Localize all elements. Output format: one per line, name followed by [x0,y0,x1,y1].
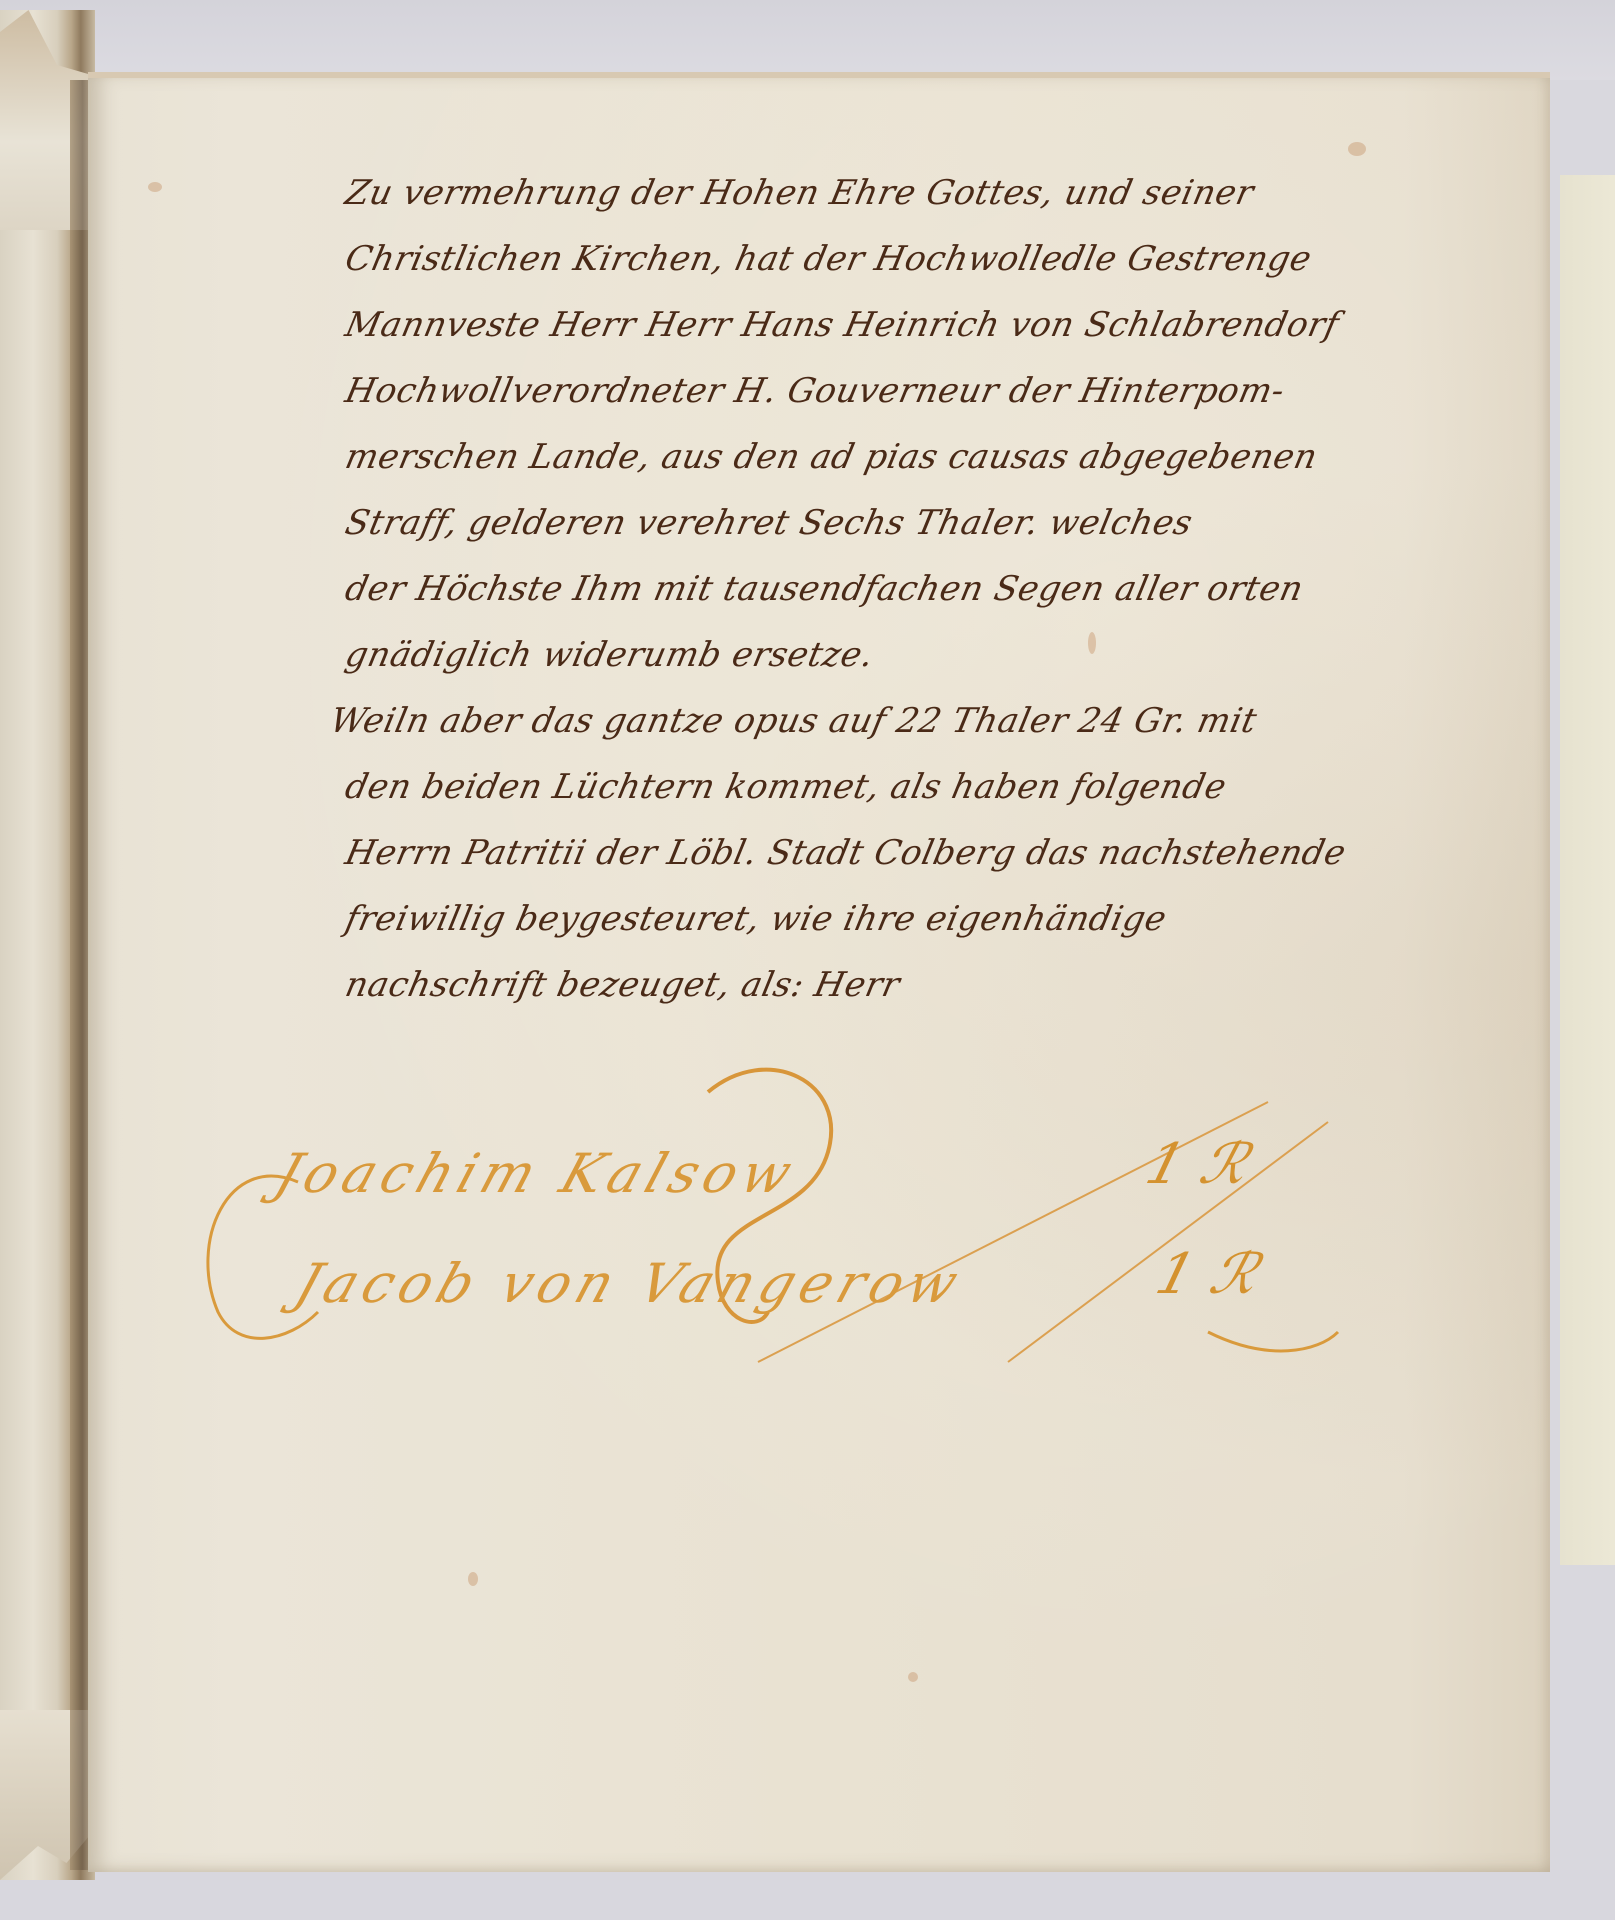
text-line: Hochwollverordneter H. Gouverneur der Hi… [339,358,1463,424]
text-line: Zu vermehrung der Hohen Ehre Gottes, und… [339,160,1463,226]
signature-jacob-von-vangerow: Jacob von Vangerow [288,1252,972,1315]
text-line: Straff, gelderen verehret Sechs Thaler. … [339,490,1463,556]
text-line: den beiden Lüchtern kommet, als haben fo… [339,754,1463,820]
photo-backdrop-top [0,0,1615,80]
signatures-block: Joachim Kalsow 1 ℛ Jacob von Vangerow 1 … [148,1062,1398,1382]
text-line: der Höchste Ihm mit tausendfachen Segen … [339,556,1463,622]
text-line: Herrn Patritii der Löbl. Stadt Colberg d… [339,820,1463,886]
text-line: Christlichen Kirchen, hat der Hochwolled… [339,226,1463,292]
text-line: Mannveste Herr Herr Hans Heinrich von Sc… [339,292,1463,358]
foxing-spot [1348,142,1366,156]
signature-joachim-kalsow: Joachim Kalsow [268,1142,806,1205]
foxing-spot [148,182,162,192]
text-line: nachschrift bezeuget, als: Herr [339,952,1463,1018]
text-line: gnädiglich widerumb ersetze. [339,622,1463,688]
page-top-edge [88,72,1550,78]
handwritten-text-block: Zu vermehrung der Hohen Ehre Gottes, und… [346,160,1456,1018]
text-line: freiwillig beygesteuret, wie ihre eigenh… [339,886,1463,952]
signature-flourishes [148,1062,1398,1382]
text-line: merschen Lande, aus den ad pias causas a… [339,424,1463,490]
foxing-spot [908,1672,918,1682]
text-line: Weiln aber das gantze opus auf 22 Thaler… [324,688,1463,754]
photo-backdrop-bottom [0,1870,1615,1920]
adjacent-leaf-edge [1560,175,1615,1565]
signature-amount: 1 ℛ [1149,1242,1265,1307]
manuscript-page: Zu vermehrung der Hohen Ehre Gottes, und… [88,72,1550,1872]
signature-amount: 1 ℛ [1139,1132,1255,1197]
foxing-spot [468,1572,478,1586]
